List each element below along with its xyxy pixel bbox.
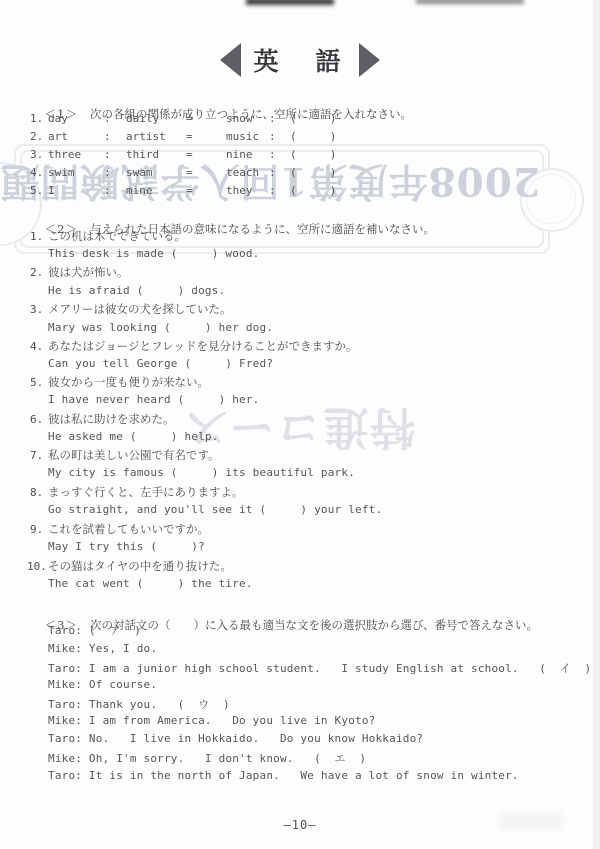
question-jp: 10.その猫はタイヤの中を通り抜けた。: [27, 558, 232, 574]
dialogue-line: Mike: Yes, I do.: [48, 642, 157, 655]
row-number: 1.: [30, 112, 48, 125]
equals-sign: =: [186, 166, 226, 179]
word3: they: [226, 184, 269, 197]
jp-sentence: 彼女から一度も便りが来ない。: [48, 375, 209, 389]
scan-edge-shadow: [593, 0, 600, 849]
answer-blank: ( ): [290, 184, 336, 197]
table-row: 4.swim:swam=teach:( ): [30, 166, 336, 179]
answer-blank: ( ): [290, 130, 336, 143]
item-number: 6.: [30, 413, 48, 426]
table-row: 2.art:artist=music:( ): [30, 130, 336, 143]
colon: :: [104, 184, 126, 197]
word2: third: [126, 148, 186, 161]
jp-sentence: 彼は犬が怖い。: [48, 265, 129, 279]
dialogue-line: Mike: I am from America. Do you live in …: [48, 714, 375, 727]
jp-sentence: 彼は私に助けを求めた。: [48, 412, 175, 426]
colon: :: [269, 148, 290, 161]
table-row: 5.I:mine=they:( ): [30, 184, 336, 197]
word3: snow: [226, 112, 269, 125]
dialogue-line: Mike: Of course.: [48, 678, 157, 691]
colon: :: [269, 166, 290, 179]
word2: swam: [126, 166, 186, 179]
question-jp: 6.彼は私に助けを求めた。: [30, 411, 175, 427]
colon: :: [269, 130, 290, 143]
question-jp: 1.この机は木でできている。: [30, 228, 186, 244]
question-jp: 5.彼女から一度も便りが来ない。: [30, 374, 209, 390]
question-en: He asked me ( ) help.: [48, 430, 219, 443]
question-en: Go straight, and you'll see it ( ) your …: [48, 503, 382, 516]
question-en: Mary was looking ( ) her dog.: [48, 321, 273, 334]
page-number: —10—: [0, 818, 600, 832]
equals-sign: =: [186, 184, 226, 197]
item-number: 5.: [30, 376, 48, 389]
dialogue-line: Taro: I am a junior high school student.…: [48, 660, 591, 676]
colon: :: [104, 166, 126, 179]
question-jp: 8.まっすぐ行くと、左手にありますよ。: [30, 484, 244, 500]
question-en: He is afraid ( ) dogs.: [48, 284, 225, 297]
question-jp: 9.これを試着してもいいですか。: [30, 521, 209, 537]
question-en: This desk is made ( ) wood.: [48, 247, 260, 260]
jp-sentence: その猫はタイヤの中を通り抜けた。: [48, 559, 232, 573]
table-row: 1.day:daily=snow:( ): [30, 112, 336, 125]
row-number: 4.: [30, 166, 48, 179]
scan-smudge: [416, 0, 524, 4]
dialogue-line: Taro: Thank you. ( ウ ): [48, 696, 230, 712]
equals-sign: =: [186, 112, 226, 125]
colon: :: [104, 112, 126, 125]
question-en: Can you tell George ( ) Fred?: [48, 357, 273, 370]
colon: :: [104, 130, 126, 143]
word3: music: [226, 130, 269, 143]
question-jp: 2.彼は犬が怖い。: [30, 264, 129, 280]
page-title: 英 語: [247, 42, 352, 78]
jp-sentence: これを試着してもいいですか。: [48, 522, 209, 536]
question-jp: 7.私の町は美しい公園で有名です。: [30, 447, 220, 463]
left-arrow-icon: [220, 43, 241, 77]
jp-sentence: あなたはジョージとフレッドを見分けることができますか。: [48, 339, 357, 353]
item-number: 8.: [30, 486, 48, 499]
answer-blank: ( ): [290, 112, 336, 125]
scanned-exam-page: 2008年度第1回入学試験問題 特進コース 英 語 ＜1＞次の各組の関係が成り立…: [0, 0, 600, 849]
question-en: I have never heard ( ) her.: [48, 393, 260, 406]
jp-sentence: この机は木でできている。: [48, 229, 186, 243]
scan-smudge: [246, 0, 334, 5]
dialogue-line: Mike: Oh, I'm sorry. I don't know. ( エ ): [48, 750, 366, 766]
answer-blank: ( ): [290, 166, 336, 179]
item-number: 4.: [30, 340, 48, 353]
question-jp: 4.あなたはジョージとフレッドを見分けることができますか。: [30, 338, 357, 354]
dialogue-line: Taro: It is in the north of Japan. We ha…: [48, 769, 519, 782]
word1: three: [48, 148, 104, 161]
item-number: 10.: [27, 560, 48, 573]
word3: teach: [226, 166, 269, 179]
item-number: 9.: [30, 523, 48, 536]
word1: day: [48, 112, 104, 125]
dialogue-line: Taro: ( ア ): [48, 622, 141, 638]
jp-sentence: まっすぐ行くと、左手にありますよ。: [48, 485, 244, 499]
answer-blank: ( ): [290, 148, 336, 161]
jp-sentence: メアリーは彼女の犬を探していた。: [48, 302, 232, 316]
exam-title-block: 英 語: [0, 40, 600, 80]
equals-sign: =: [186, 130, 226, 143]
row-number: 3.: [30, 148, 48, 161]
section3-instruction: 次の対話文の（ ）に入る最も適当な文を後の選択肢から選び、番号で答えなさい。: [90, 618, 538, 632]
word1: art: [48, 130, 104, 143]
colon: :: [104, 148, 126, 161]
table-row: 3.three:third=nine:( ): [30, 148, 336, 161]
item-number: 2.: [30, 266, 48, 279]
word1: I: [48, 184, 104, 197]
word3: nine: [226, 148, 269, 161]
word1: swim: [48, 166, 104, 179]
dialogue-line: Taro: No. I live in Hokkaido. Do you kno…: [48, 732, 423, 745]
right-arrow-icon: [359, 43, 380, 77]
question-jp: 3.メアリーは彼女の犬を探していた。: [30, 301, 232, 317]
word2: daily: [126, 112, 186, 125]
word2: mine: [126, 184, 186, 197]
question-en: My city is famous ( ) its beautiful park…: [48, 466, 355, 479]
question-en: The cat went ( ) the tire.: [48, 577, 253, 590]
colon: :: [269, 112, 290, 125]
word2: artist: [126, 130, 186, 143]
row-number: 2.: [30, 130, 48, 143]
equals-sign: =: [186, 148, 226, 161]
item-number: 1.: [30, 230, 48, 243]
colon: :: [269, 184, 290, 197]
row-number: 5.: [30, 184, 48, 197]
question-en: May I try this ( )?: [48, 540, 205, 553]
jp-sentence: 私の町は美しい公園で有名です。: [48, 448, 220, 462]
item-number: 3.: [30, 303, 48, 316]
item-number: 7.: [30, 449, 48, 462]
